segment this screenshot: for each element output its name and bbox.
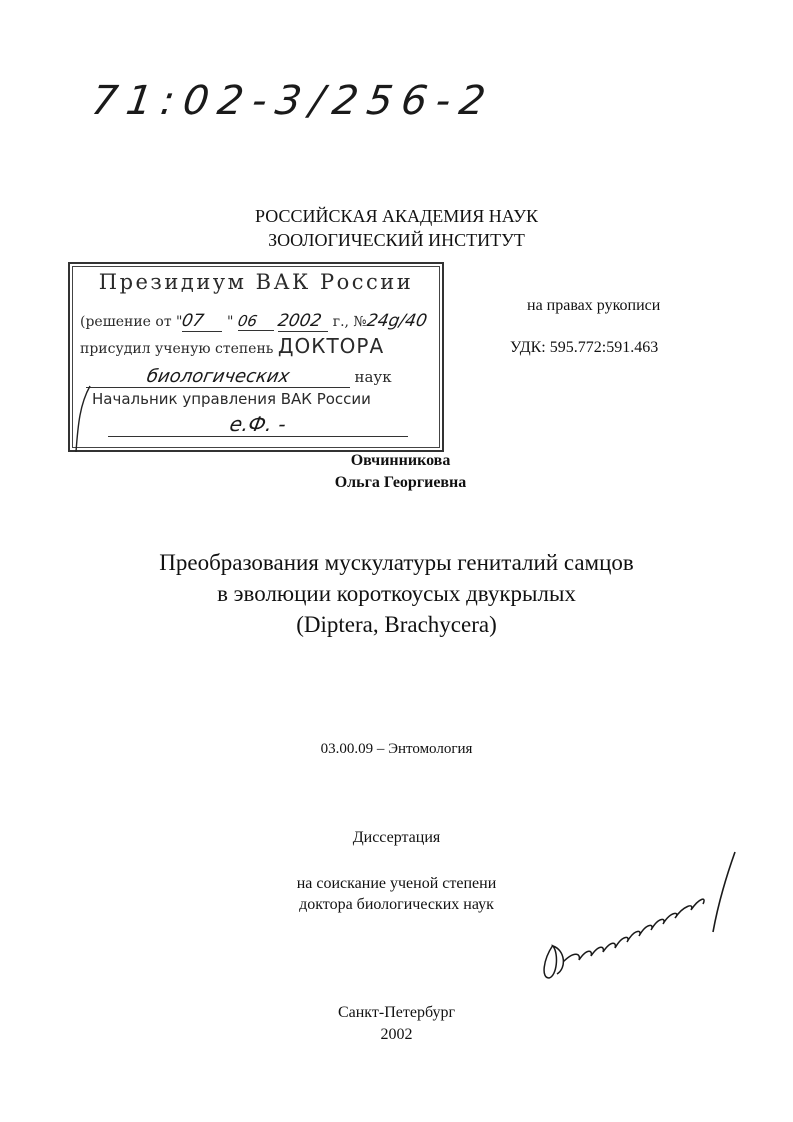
month-quote: " — [227, 314, 233, 330]
year: 2002 — [0, 1024, 793, 1046]
title-line-3: (Diptera, Brachycera) — [0, 609, 793, 640]
specialty: 03.00.09 – Энтомология — [0, 741, 793, 758]
stamp-decision-line: (решение от "07 " 06 2002 г., №24g/40 — [80, 311, 436, 332]
stamp-awarded-line: присудил ученую степень ДОКТОРА — [80, 334, 436, 358]
author-signature-icon — [535, 850, 745, 985]
stamp-signature-line: е.Ф. - — [108, 412, 436, 437]
title-line-2: в эволюции короткоусых двукрылых — [0, 578, 793, 609]
place-and-year: Санкт-Петербург 2002 — [0, 1002, 793, 1046]
document-type: Диссертация — [0, 829, 793, 847]
author-name: Ольга Георгиевна — [0, 472, 793, 494]
stamp-title: Президиум ВАК России — [70, 270, 442, 294]
author-surname: Овчинникова — [0, 450, 793, 472]
field-handwritten: биологических — [145, 366, 291, 387]
organization-header: РОССИЙСКАЯ АКАДЕМИЯ НАУК ЗООЛОГИЧЕСКИЙ И… — [0, 204, 793, 252]
decision-day: 07 — [181, 311, 206, 331]
udc-code: УДК: 595.772:591.463 — [510, 339, 658, 357]
manuscript-note: на правах рукописи — [527, 297, 660, 315]
stamp-head-label: Начальник управления ВАК России — [92, 390, 436, 408]
vak-stamp: Президиум ВАК России (решение от "07 " 0… — [68, 262, 444, 452]
stamp-pen-stroke-icon — [72, 384, 94, 454]
year-suffix: г., № — [333, 314, 367, 330]
dissertation-title: Преобразования мускулатуры гениталий сам… — [0, 547, 793, 640]
archive-number: 71:02-3/256-2 — [89, 78, 497, 124]
field-suffix: наук — [354, 368, 391, 386]
decision-month: 06 — [236, 312, 258, 330]
academy-name: РОССИЙСКАЯ АКАДЕМИЯ НАУК — [0, 204, 793, 228]
stamp-field-line: биологических наук — [86, 366, 436, 388]
place: Санкт-Петербург — [0, 1002, 793, 1024]
title-line-1: Преобразования мускулатуры гениталий сам… — [0, 547, 793, 578]
decision-prefix: (решение от " — [80, 314, 182, 330]
awarded-label: присудил ученую степень — [80, 341, 273, 357]
author: Овчинникова Ольга Георгиевна — [0, 450, 793, 494]
institute-name: ЗООЛОГИЧЕСКИЙ ИНСТИТУТ — [0, 228, 793, 252]
awarded-degree: ДОКТОРА — [278, 334, 384, 358]
stamp-signature: е.Ф. - — [228, 412, 288, 436]
decision-number: 24g/40 — [365, 311, 428, 331]
decision-year: 2002 — [277, 311, 324, 331]
